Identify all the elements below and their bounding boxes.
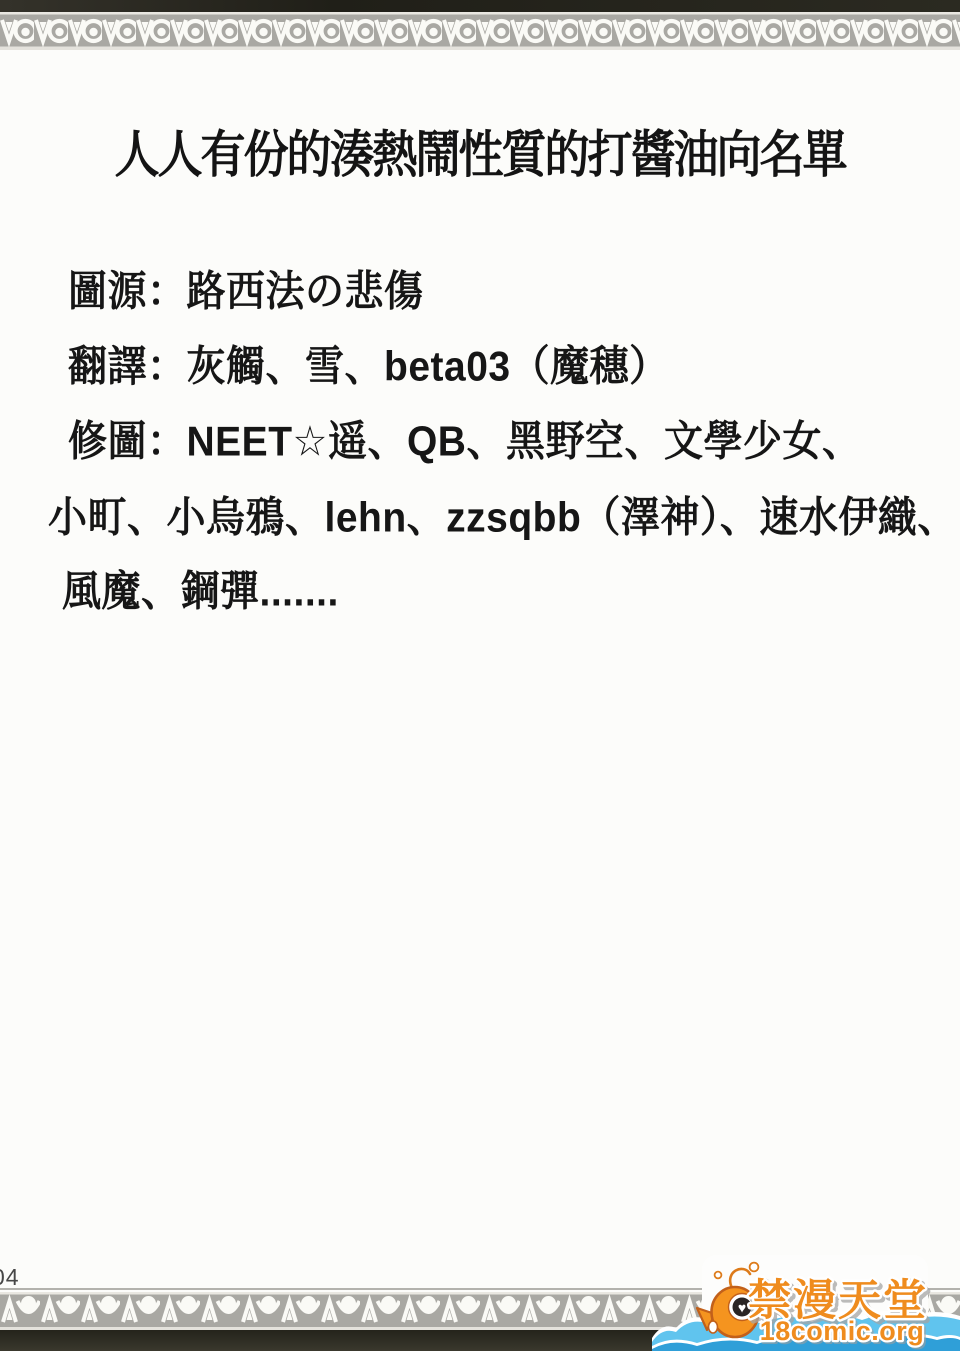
credit-line-source: 圖源：路西法の悲傷 xyxy=(68,258,424,318)
credit-line-editors-3: 風魔、鋼彈....... xyxy=(62,558,339,618)
scanned-credits-page: 人人有份的湊熱鬧性質的打醬油向名單 圖源：路西法の悲傷 翻譯：灰觸、雪、beta… xyxy=(0,0,960,1351)
svg-text:♥: ♥ xyxy=(738,1300,746,1316)
credit-line-editors: 修圖：NEET☆遥、QB、黑野空、文學少女、 xyxy=(68,408,861,468)
credit-line-editors-2: 小町、小烏鴉、lehn、zzsqbb（澤神）、速水伊織、 xyxy=(48,484,957,544)
site-watermark: ♥ 禁漫天堂 禁漫天堂 18comic.org 18comic.org xyxy=(652,1252,960,1351)
top-dark-band xyxy=(0,0,960,12)
page-number: 04 xyxy=(0,1264,20,1291)
top-decorative-border xyxy=(0,12,960,50)
watermark-site-url: 18comic.org xyxy=(760,1316,925,1346)
page-title: 人人有份的湊熱鬧性質的打醬油向名單 xyxy=(0,114,960,187)
credit-line-translators: 翻譯：灰觸、雪、beta03（魔穗） xyxy=(68,333,669,393)
